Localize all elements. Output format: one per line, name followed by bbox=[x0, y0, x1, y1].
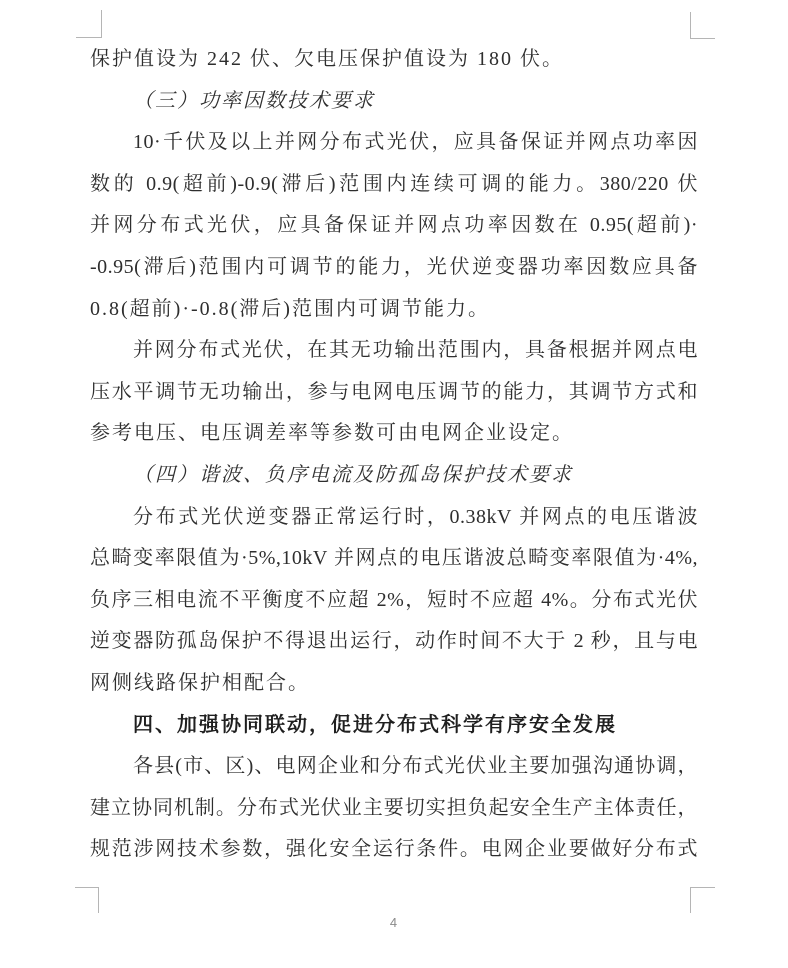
chapter-heading-four: 四、加强协同联动，促进分布式科学有序安全发展 bbox=[90, 705, 698, 747]
text-line: 保护值设为 242 伏、欠电压保护值设为 180 伏。 bbox=[90, 39, 698, 81]
text-line: 0.8(超前)·-0.8(滞后)范围内可调节能力。 bbox=[90, 289, 698, 331]
text-line: 网侧线路保护相配合。 bbox=[90, 663, 698, 705]
text-line: 各县(市、区)、电网企业和分布式光伏业主要加强沟通协调， bbox=[90, 746, 698, 788]
crop-mark-bottom-right bbox=[690, 887, 715, 913]
text-line: 分布式光伏逆变器正常运行时，0.38kV 并网点的电压谐波 bbox=[90, 497, 698, 539]
text-line: 逆变器防孤岛保护不得退出运行，动作时间不大于 2 秒，且与电 bbox=[90, 621, 698, 663]
document-page: 保护值设为 242 伏、欠电压保护值设为 180 伏。 （三）功率因数技术要求 … bbox=[0, 0, 788, 968]
text-line: 规范涉网技术参数，强化安全运行条件。电网企业要做好分布式 bbox=[90, 829, 698, 871]
text-line: -0.95(滞后)范围内可调节的能力，光伏逆变器功率因数应具备 bbox=[90, 247, 698, 289]
section-heading-three: （三）功率因数技术要求 bbox=[90, 81, 698, 123]
crop-mark-top-right bbox=[690, 12, 715, 39]
text-line: 负序三相电流不平衡度不应超 2%，短时不应超 4%。分布式光伏 bbox=[90, 580, 698, 622]
text-line: 压水平调节无功输出，参与电网电压调节的能力，其调节方式和 bbox=[90, 372, 698, 414]
document-text-block: 保护值设为 242 伏、欠电压保护值设为 180 伏。 （三）功率因数技术要求 … bbox=[90, 39, 698, 871]
page-number: 4 bbox=[0, 915, 788, 930]
text-line: 参考电压、电压调差率等参数可由电网企业设定。 bbox=[90, 413, 698, 455]
text-line: 建立协同机制。分布式光伏业主要切实担负起安全生产主体责任， bbox=[90, 788, 698, 830]
text-line: 并网分布式光伏，在其无功输出范围内，具备根据并网点电 bbox=[90, 330, 698, 372]
crop-mark-top-left bbox=[76, 10, 102, 38]
section-heading-four: （四）谐波、负序电流及防孤岛保护技术要求 bbox=[90, 455, 698, 497]
text-line: 10·千伏及以上并网分布式光伏，应具备保证并网点功率因 bbox=[90, 122, 698, 164]
crop-mark-bottom-left bbox=[75, 887, 99, 913]
text-line: 并网分布式光伏，应具备保证并网点功率因数在 0.95(超前)· bbox=[90, 205, 698, 247]
text-line: 总畸变率限值为·5%,10kV 并网点的电压谐波总畸变率限值为·4%, bbox=[90, 538, 698, 580]
text-line: 数的 0.9(超前)-0.9(滞后)范围内连续可调的能力。380/220 伏 bbox=[90, 164, 698, 206]
